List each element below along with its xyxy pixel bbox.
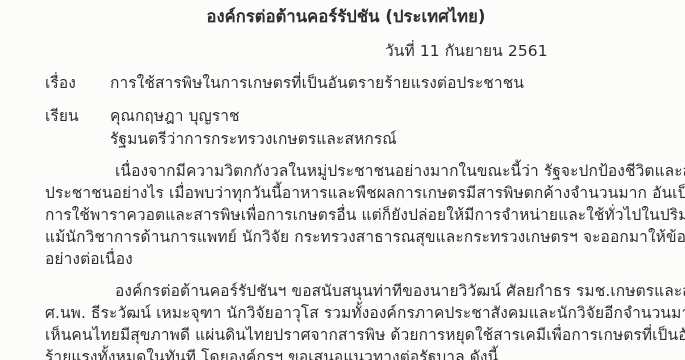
recipient-name: คุณกฤษฎา บุญราช (110, 105, 647, 127)
body-paragraph-1: เนื่องจากมีความวิตกกังวลในหมู่ประชาชนอย่… (45, 160, 647, 270)
paragraph-line: การใช้พาราควอตและสารพิษเพื่อการเกษตรอื่น… (45, 204, 647, 226)
document-date: วันที่ 11 กันยายน 2561 (45, 40, 647, 62)
paragraph-line: อย่างต่อเนื่อง (45, 248, 647, 270)
organization-title: องค์กรต่อต้านคอร์รัปชัน (ประเทศไทย) (45, 6, 647, 28)
letter-document: องค์กรต่อต้านคอร์รัปชัน (ประเทศไทย) วันท… (0, 0, 685, 360)
paragraph-line: ร้ายแรงทั้งหมดในทันที โดยองค์กรฯ ขอเสนอแ… (45, 346, 647, 360)
paragraph-line: เนื่องจากมีความวิตกกังวลในหมู่ประชาชนอย่… (45, 160, 647, 182)
salutation-row: เรียน คุณกฤษฎา บุญราช (45, 105, 647, 127)
body-paragraph-2: องค์กรต่อต้านคอร์รัปชันฯ ขอสนับสนุนท่าที… (45, 280, 647, 360)
subject-text: การใช้สารพิษในการเกษตรที่เป็นอันตรายร้าย… (110, 72, 647, 94)
paragraph-line: แม้นักวิชาการด้านการแพทย์ นักวิจัย กระทร… (45, 226, 647, 248)
recipient-title: รัฐมนตรีว่าการกระทรวงเกษตรและสหกรณ์ (110, 128, 647, 150)
salutation-label: เรียน (45, 105, 110, 127)
subject-row: เรื่อง การใช้สารพิษในการเกษตรที่เป็นอันต… (45, 72, 647, 94)
subject-label: เรื่อง (45, 72, 110, 94)
paragraph-line: เห็นคนไทยมีสุขภาพดี แผ่นดินไทยปราศจากสาร… (45, 324, 647, 346)
paragraph-line: ประชาชนอย่างไร เมื่อพบว่าทุกวันนี้อาหารแ… (45, 182, 647, 204)
paragraph-line: ศ.นพ. ธีระวัฒน์ เหมะจุฑา นักวิจัยอาวุโส … (45, 302, 647, 324)
paragraph-line: องค์กรต่อต้านคอร์รัปชันฯ ขอสนับสนุนท่าที… (45, 280, 647, 302)
